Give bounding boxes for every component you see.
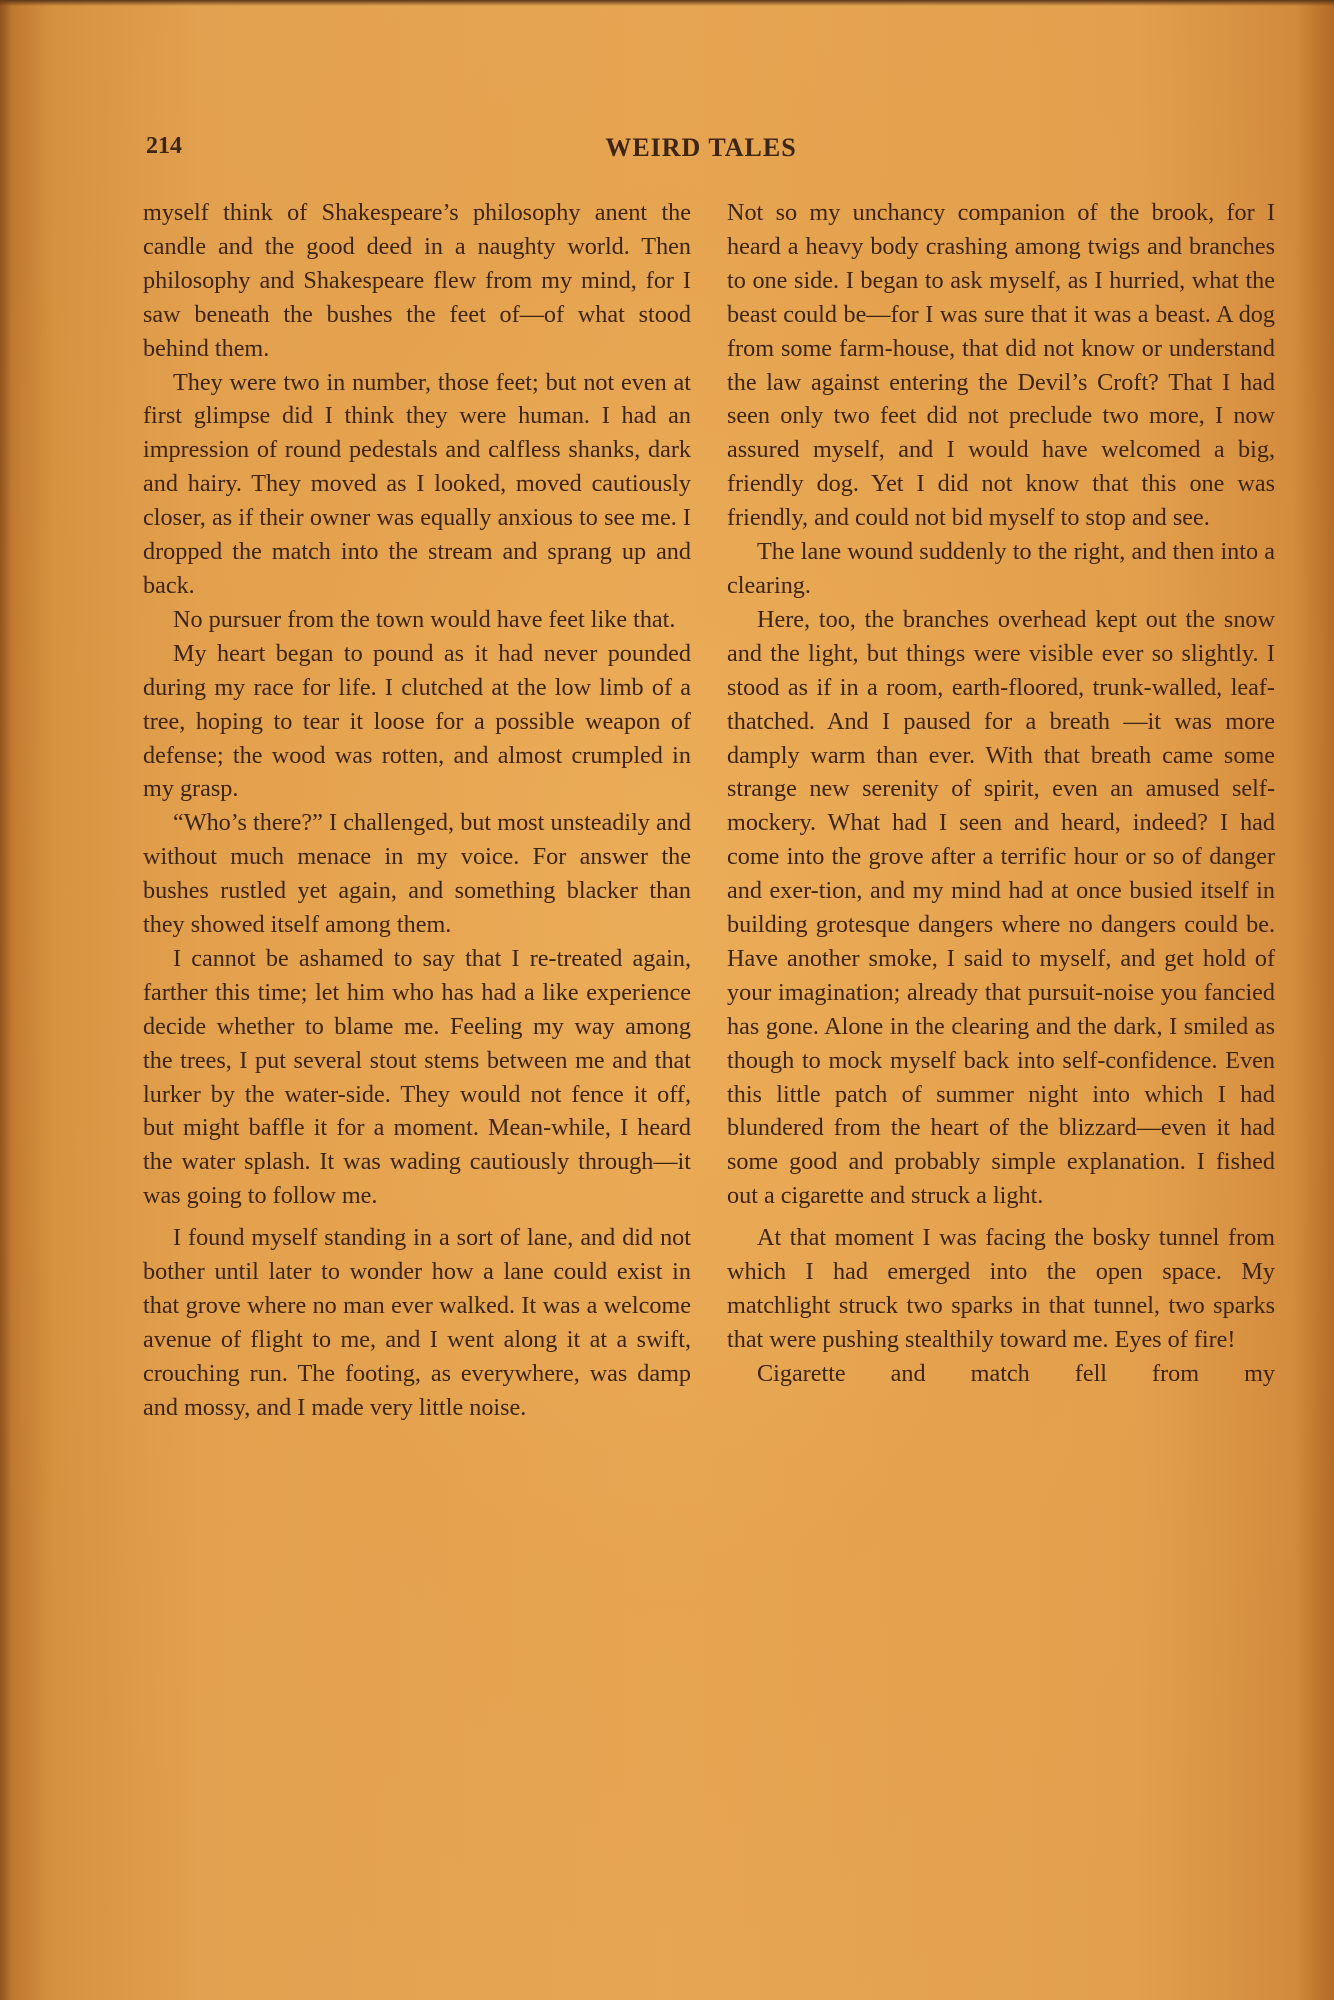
right-column: Not so my unchancy companion of the broo… [727, 196, 1275, 1391]
paragraph: At that moment I was facing the bosky tu… [727, 1221, 1275, 1357]
running-head: 214 WEIRD TALES [146, 133, 1256, 169]
left-column: myself think of Shakespeare’s philosophy… [143, 196, 691, 1425]
paragraph: Here, too, the branches overhead kept ou… [727, 603, 1275, 1213]
paragraph: Not so my unchancy companion of the broo… [727, 196, 1275, 535]
paragraph: I found myself standing in a sort of lan… [143, 1221, 691, 1424]
paragraph: myself think of Shakespeare’s philosophy… [143, 196, 691, 366]
paragraph: Cigarette and match fell from my [727, 1357, 1275, 1391]
paragraph: They were two in number, those feet; but… [143, 366, 691, 603]
magazine-title: WEIRD TALES [146, 133, 1256, 163]
magazine-page: 214 WEIRD TALES myself think of Shakespe… [0, 0, 1334, 2000]
paragraph: “Who’s there?” I challenged, but most un… [143, 806, 691, 942]
paragraph: My heart began to pound as it had never … [143, 637, 691, 807]
paragraph: No pursuer from the town would have feet… [143, 603, 691, 637]
page-left-edge-shadow [0, 0, 12, 2000]
paragraph: The lane wound suddenly to the right, an… [727, 535, 1275, 603]
paragraph: I cannot be ashamed to say that I re-tre… [143, 942, 691, 1213]
page-top-edge-shadow [0, 0, 1334, 6]
